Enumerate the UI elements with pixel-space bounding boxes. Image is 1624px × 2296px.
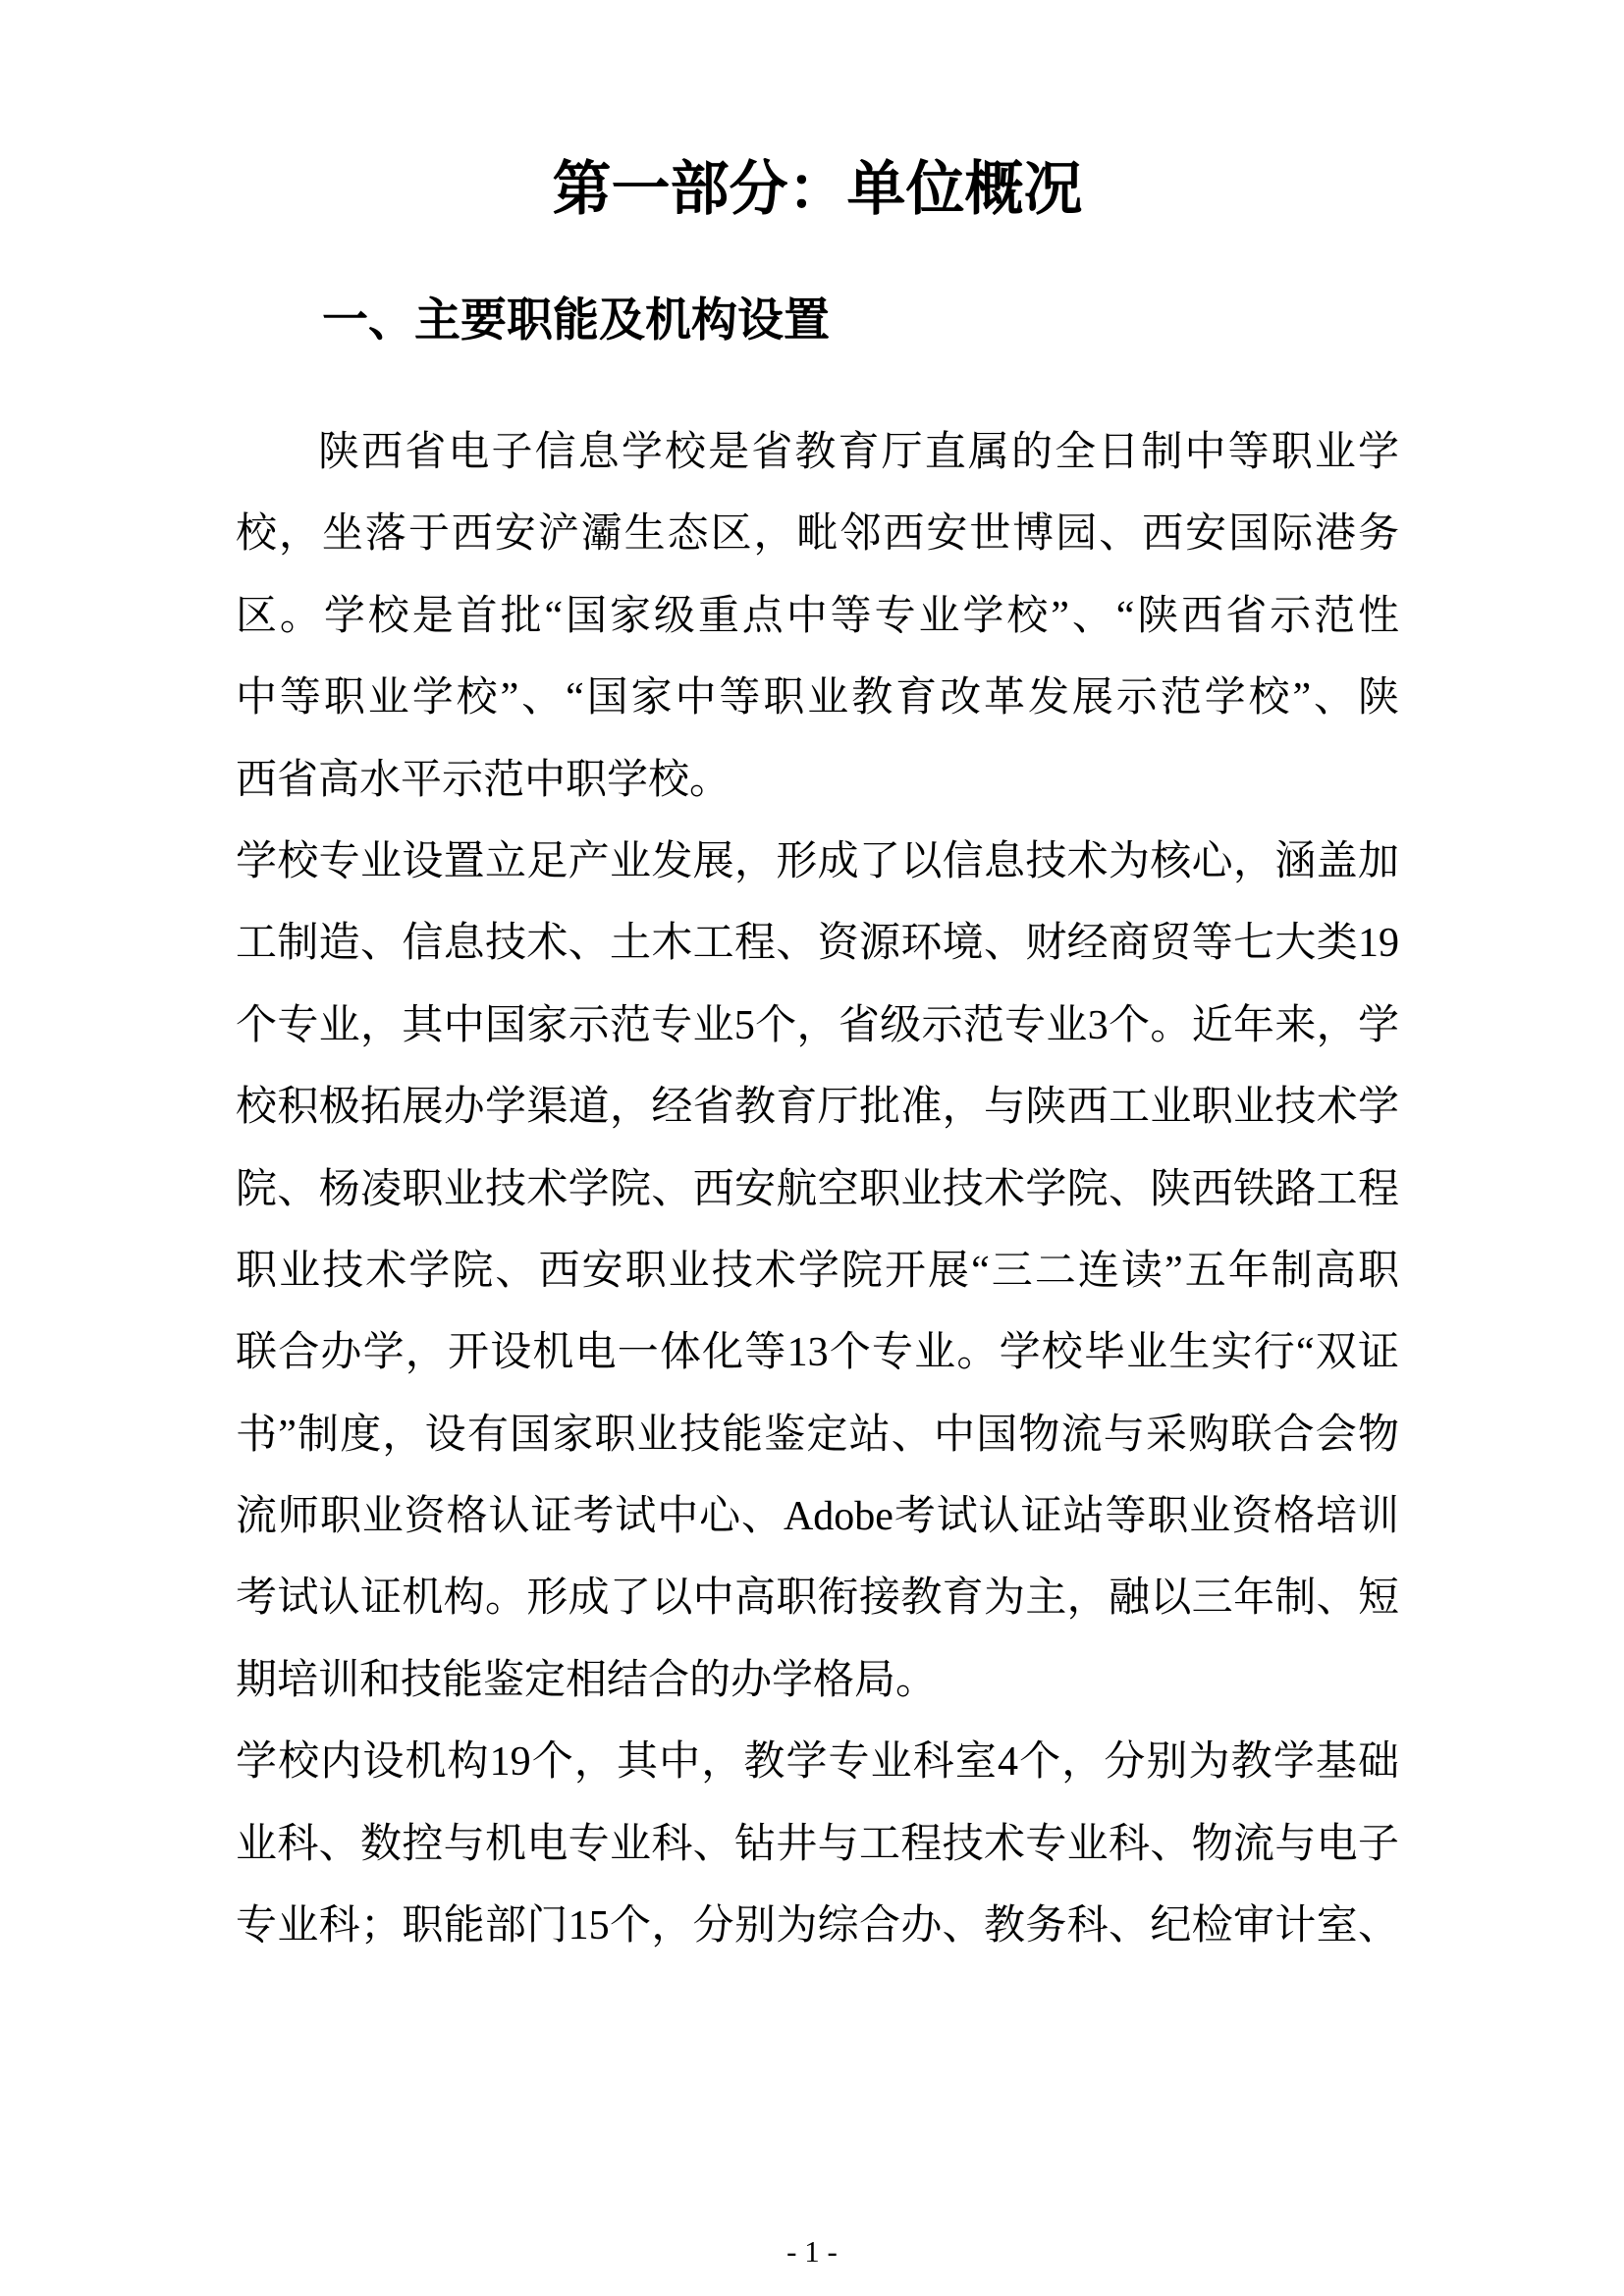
body-line: 个专业，其中国家示范专业5个，省级示范专业3个。近年来，学 [236, 986, 1399, 1067]
body-line: 联合办学，开设机电一体化等13个专业。学校毕业生实行“双证 [236, 1312, 1399, 1394]
body-line: 校积极拓展办学渠道，经省教育厅批准，与陕西工业职业技术学 [236, 1067, 1399, 1148]
body-line: 职业技术学院、西安职业技术学院开展“三二连读”五年制高职 [236, 1231, 1399, 1312]
body-line: 中等职业学校”、“国家中等职业教育改革发展示范学校”、陕 [236, 658, 1399, 739]
body-line: 期培训和技能鉴定相结合的办学格局。 [236, 1640, 1399, 1722]
body-line: 校，坐落于西安浐灞生态区，毗邻西安世博园、西安国际港务 [236, 494, 1399, 575]
body-line: 考试认证机构。形成了以中高职衔接教育为主，融以三年制、短 [236, 1558, 1399, 1639]
body-line: 专业科；职能部门15个，分别为综合办、教务科、纪检审计室、 [236, 1886, 1399, 1967]
body-line: 陕西省电子信息学校是省教育厅直属的全日制中等职业学 [236, 412, 1399, 494]
document-page: 第一部分：单位概况 一、主要职能及机构设置 陕西省电子信息学校是省教育厅直属的全… [0, 0, 1624, 2296]
section-heading: 一、主要职能及机构设置 [322, 296, 830, 343]
body-line: 工制造、信息技术、土木工程、资源环境、财经商贸等七大类19 [236, 903, 1399, 985]
body-text: 陕西省电子信息学校是省教育厅直属的全日制中等职业学 校，坐落于西安浐灞生态区，毗… [236, 412, 1399, 1967]
body-line: 流师职业资格认证考试中心、Adobe考试认证站等职业资格培训与 [236, 1476, 1399, 1558]
body-line: 西省高水平示范中职学校。 [236, 740, 1399, 822]
document-title: 第一部分：单位概况 [236, 160, 1399, 219]
page-number: - 1 - [0, 2235, 1624, 2269]
body-line: 书”制度，设有国家职业技能鉴定站、中国物流与采购联合会物 [236, 1395, 1399, 1476]
body-line: 区。学校是首批“国家级重点中等专业学校”、“陕西省示范性 [236, 576, 1399, 658]
body-line: 学校内设机构19个，其中，教学专业科室4个，分别为教学基础专 [236, 1722, 1399, 1803]
body-line: 业科、数控与机电专业科、钻井与工程技术专业科、物流与电子 [236, 1804, 1399, 1886]
body-line: 院、杨凌职业技术学院、西安航空职业技术学院、陕西铁路工程 [236, 1149, 1399, 1231]
body-line: 学校专业设置立足产业发展，形成了以信息技术为核心，涵盖加 [236, 822, 1399, 903]
